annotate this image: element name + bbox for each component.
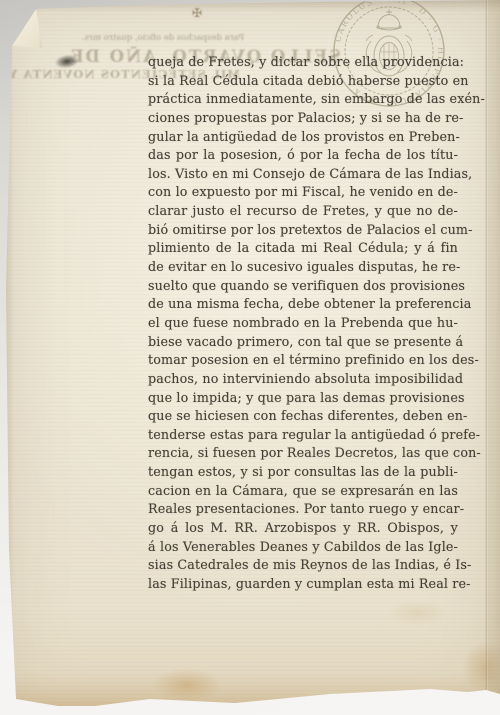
text-line: ciones propuestas por Palacios; y si se … [148, 109, 458, 128]
text-line: biese vacado primero, con tal que se pre… [148, 333, 458, 352]
text-line: tengan estos, y si por consultas las de … [148, 463, 458, 482]
text-line: práctica inmediatamente, sin embargo de … [148, 90, 458, 109]
text-line: suelto que quando se verifiquen dos prov… [148, 277, 458, 296]
text-line: plimiento de la citada mi Real Cédula; y… [148, 239, 458, 258]
text-line: que se hiciesen con fechas diferentes, d… [148, 407, 458, 426]
adjacent-leaf [488, 0, 500, 715]
text-line: go á los M. RR. Arzobispos y RR. Obispos… [148, 519, 458, 538]
printers-cross-icon: ✠ [192, 6, 202, 20]
text-line: bió omitirse por los pretextos de Palaci… [148, 221, 458, 240]
text-line: de evitar en lo sucesivo iguales disputa… [148, 258, 458, 277]
text-line: el que fuese nombrado en la Prebenda que… [148, 314, 458, 333]
photograph-backdrop: ✠ Para despachos de oficio, quatro mrs. … [0, 0, 500, 715]
text-line: rencia, si fuesen por Reales Decretos, l… [148, 444, 458, 463]
text-line: si la Real Cédula citada debió haberse p… [148, 72, 458, 91]
text-line: á los Venerables Deanes y Cabildos de la… [148, 538, 458, 557]
text-line: gular la antigüedad de los provistos en … [148, 128, 458, 147]
text-line: de una misma fecha, debe obtener la pref… [148, 295, 458, 314]
text-line: tomar posesion en el término prefinido e… [148, 351, 458, 370]
body-text: queja de Fretes, y dictar sobre ella pro… [148, 53, 458, 594]
text-line: que lo impida; y que para las demas prov… [148, 389, 458, 408]
text-line: las Filipinas, guarden y cumplan esta mi… [148, 575, 458, 594]
text-line: los. Visto en mi Consejo de Cámara de la… [148, 165, 458, 184]
text-line: queja de Fretes, y dictar sobre ella pro… [148, 53, 458, 72]
bleedthrough-tax-line: Para despachos de oficio, quatro mrs. [74, 33, 252, 43]
document-page: ✠ Para despachos de oficio, quatro mrs. … [0, 0, 500, 715]
text-line: Reales presentaciones. Por tanto ruego y… [148, 500, 458, 519]
text-line: das por la posesion, ó por la fecha de l… [148, 146, 458, 165]
text-line: tenderse estas para regular la antigüeda… [148, 426, 458, 445]
text-line: pachos, no interviniendo absoluta imposi… [148, 370, 458, 389]
left-edge-shadow [0, 0, 14, 715]
fold-crease [485, 0, 488, 715]
crown-icon [377, 10, 401, 31]
burned-bottom-edge [0, 673, 500, 715]
text-line: sias Catedrales de mis Reynos de las Ind… [148, 556, 458, 575]
text-line: cacion en la Cámara, que se expresarán e… [148, 482, 458, 501]
text-line: con lo expuesto por mi Fiscal, he venido… [148, 183, 458, 202]
text-line: clarar justo el recurso de Fretes, y que… [148, 202, 458, 221]
stain [388, 600, 448, 626]
